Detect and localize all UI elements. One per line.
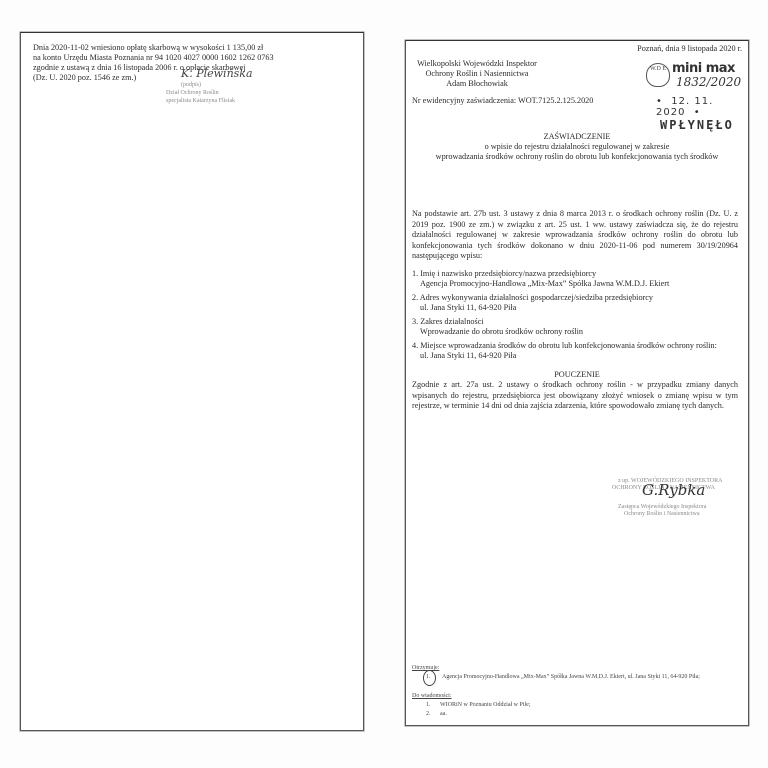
cc-2-num: 2. xyxy=(426,711,431,718)
item-2-value: ul. Jana Styki 11, 64-920 Piła xyxy=(420,303,516,314)
issuer-line-1: Wielkopolski Wojewódzki Inspektor xyxy=(412,59,542,70)
fee-stamp-line-2: Dział Ochrony Roślin xyxy=(166,90,219,97)
wd-logo-icon: W.D E xyxy=(646,63,670,87)
stamp-bullet-icon: • xyxy=(656,96,671,107)
fee-note-line-4: (Dz. U. 2020 poz. 1546 ze zm.) xyxy=(33,73,136,84)
sign-stamp-bottom-1: Zastępca Wojewódzkiego Inspektora xyxy=(618,504,706,511)
item-2-label: 2. Adres wykonywania działalności gospod… xyxy=(412,293,653,304)
cc-1-num: 1. xyxy=(426,702,431,709)
official-signature: G.Rybka xyxy=(642,481,705,499)
received-stamp: W.D E mini max 1832/2020 • 12. 11. 2020 … xyxy=(646,63,746,143)
notice-text: Zgodnie z art. 27a ust. 2 ustawy o środk… xyxy=(412,380,738,412)
certificate-subtitle-2: wprowadzania środków ochrony roślin do o… xyxy=(406,152,748,163)
fee-stamp-line-3: specjalista Katarzyna Flisiak xyxy=(166,98,235,105)
sign-stamp-bottom-2: Ochrony Roślin i Nasiennictwa xyxy=(624,511,700,518)
item-4-label: 4. Miejsce wprowadzania środków do obrot… xyxy=(412,341,717,352)
certificate-subtitle-1: o wpisie do rejestru działalności regulo… xyxy=(406,142,748,153)
record-number: Nr ewidencyjny zaświadczenia: WOT.7125.2… xyxy=(412,96,593,107)
stamp-date: • 12. 11. 2020 • xyxy=(656,96,746,118)
notice-title: POUCZENIE xyxy=(406,370,748,381)
stamp-number: 1832/2020 xyxy=(676,75,741,89)
issuer-line-2: Ochrony Roślin i Nasiennictwa xyxy=(412,69,542,80)
item-1-value: Agencja Promocyjno-Handlowa „Mix-Max” Sp… xyxy=(420,279,669,290)
item-3-value: Wprowadzanie do obrotu środków ochrony r… xyxy=(420,327,583,338)
fee-signature: K. Plewińska xyxy=(181,67,253,80)
item-3-label: 3. Zakres działalności xyxy=(412,317,484,328)
cc-2-text: aa. xyxy=(440,711,447,718)
fee-note-line-2: na konto Urzędu Miasta Poznania nr 94 10… xyxy=(33,53,274,64)
certificate-page: Poznań, dnia 9 listopada 2020 r. Wielkop… xyxy=(405,40,749,726)
fee-payment-page: Dnia 2020-11-02 wniesiono opłatę skarbow… xyxy=(20,32,364,731)
stamp-received-label: WPŁYNĘŁO xyxy=(660,118,734,132)
cc-label: Do wiadomości: xyxy=(412,693,452,700)
stamp-bullet-icon: • xyxy=(685,107,700,118)
certificate-intro: Na podstawie art. 27b ust. 3 ustawy z dn… xyxy=(412,209,738,262)
place-date: Poznań, dnia 9 listopada 2020 r. xyxy=(637,44,742,55)
issuer-line-3: Adam Błochowiak xyxy=(412,79,542,90)
recipient-1-num: 1. xyxy=(426,674,431,681)
certificate-title: ZAŚWIADCZENIE xyxy=(406,132,748,143)
fee-stamp-line-1: (podpis) xyxy=(181,82,201,89)
item-4-value: ul. Jana Styki 11, 64-920 Piła xyxy=(420,351,516,362)
cc-1-text: WIORiN w Poznaniu Oddział w Pile; xyxy=(440,702,531,709)
fee-note-line-1: Dnia 2020-11-02 wniesiono opłatę skarbow… xyxy=(33,43,263,54)
recipient-1-text: Agencja Promocyjno-Handlowa „Mix-Max” Sp… xyxy=(442,674,700,681)
stamp-brand: mini max xyxy=(672,61,735,76)
item-1-label: 1. Imię i nazwisko przedsiębiorcy/nazwa … xyxy=(412,269,596,280)
